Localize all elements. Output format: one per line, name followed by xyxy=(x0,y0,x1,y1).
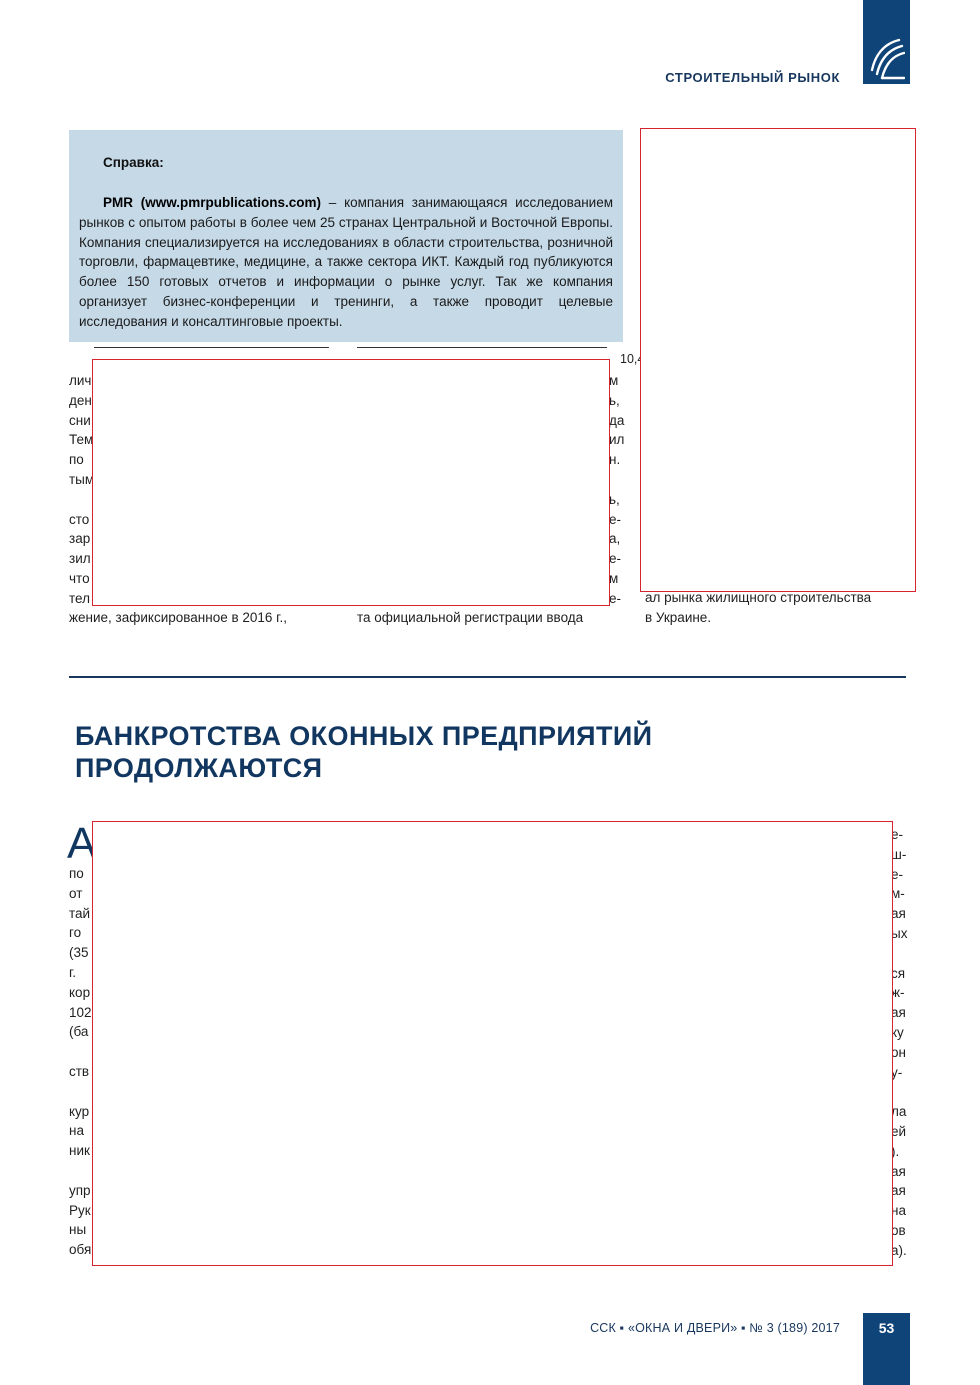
article1-col1-last-line: жение, зафиксированное в 2016 г., xyxy=(69,608,287,628)
section-label: СТРОИТЕЛЬНЫЙ РЫНОК xyxy=(560,70,840,85)
company-name: PMR (www.pmrpublications.com) xyxy=(103,195,321,210)
page-number-block: 53 xyxy=(863,1313,910,1385)
company-description: – компания занимающаяся исследованием ры… xyxy=(79,195,613,329)
article2-left-fragments: по от тай го (35 г. кор 102 (ба ств кур … xyxy=(69,864,92,1260)
reference-body: PMR (www.pmrpublications.com) – компания… xyxy=(79,193,613,332)
article1-left-fragments: лич ден сни Тем по тым сто зар зил что т… xyxy=(69,371,94,609)
redacted-figure-1 xyxy=(92,359,610,606)
journal-footer: ССК ▪ «ОКНА И ДВЕРИ» ▪ № 3 (189) 2017 xyxy=(560,1321,840,1335)
obscured-line-top xyxy=(94,347,329,348)
redacted-figure-2 xyxy=(640,128,916,592)
reference-box: Справка: PMR (www.pmrpublications.com) –… xyxy=(69,130,623,342)
article1-col2-last-line: та официальной регистрации ввода xyxy=(357,608,583,628)
publisher-logo xyxy=(863,0,910,84)
section-divider xyxy=(69,676,906,678)
article1-col3-line2: в Украине. xyxy=(645,608,711,628)
headline-line-1: БАНКРОТСТВА ОКОННЫХ ПРЕДПРИЯТИЙ xyxy=(75,720,775,752)
article2-right-fragments: е- ш- е- м- ая ых ся ж- ая ку он у- ла е… xyxy=(891,825,907,1261)
headline-line-2: ПРОДОЛЖАЮТСЯ xyxy=(75,752,775,784)
page-number: 53 xyxy=(863,1320,910,1336)
reference-title: Справка: xyxy=(103,155,164,170)
publisher-logo-icon xyxy=(869,34,905,80)
article1-right-fragments: м ь, да ил н. ь, е- а, е- м е- xyxy=(609,371,624,609)
redacted-figure-3 xyxy=(92,821,893,1266)
article-headline: БАНКРОТСТВА ОКОННЫХ ПРЕДПРИЯТИЙ ПРОДОЛЖА… xyxy=(75,720,775,784)
obscured-line-top-2 xyxy=(357,347,607,348)
